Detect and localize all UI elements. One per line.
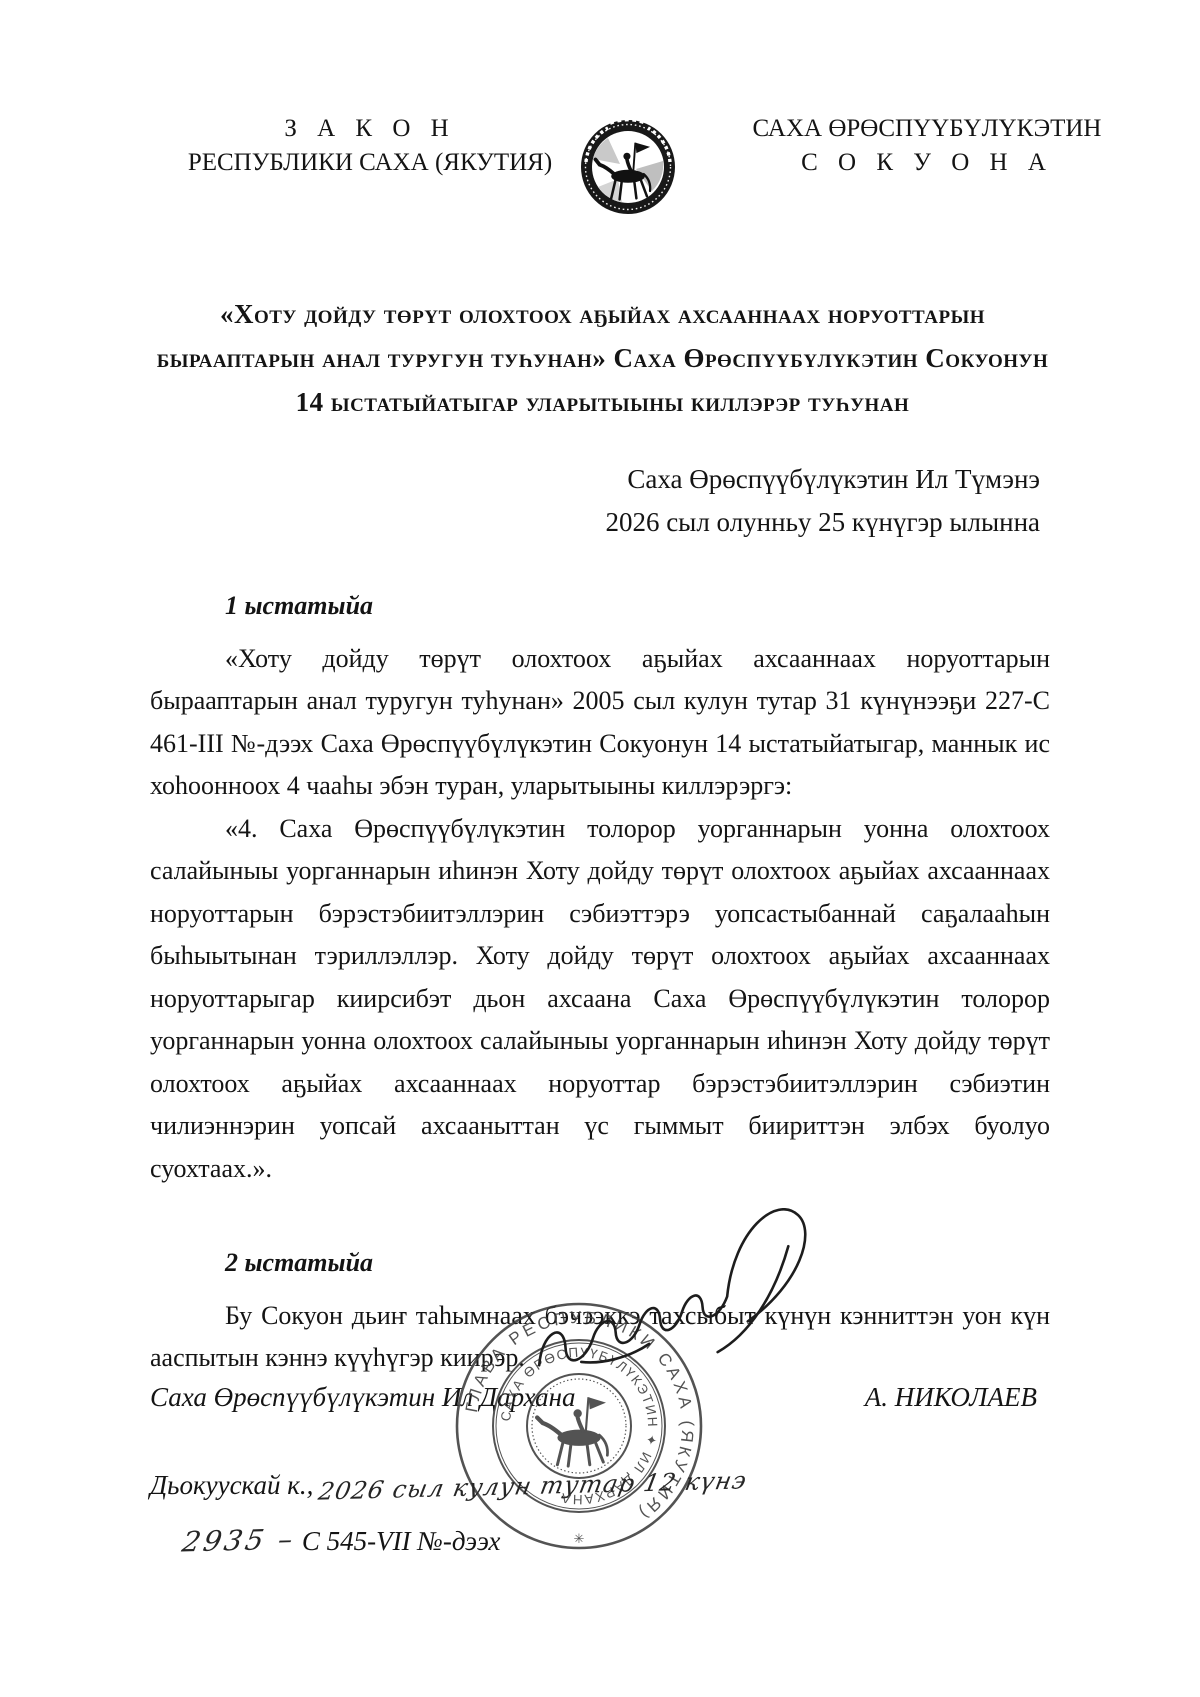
header-sakha-republic-line: САХА ӨРӨСПҮҮБҮЛҮКЭТИН	[712, 112, 1142, 146]
header-right-block: САХА ӨРӨСПҮҮБҮЛҮКЭТИН С О К У О Н А	[712, 112, 1142, 180]
article-1-heading: 1 ыстатыйа	[225, 585, 1050, 628]
adoption-body-line: Саха Өрөспүүбүлүкэтин Ил Түмэнэ	[605, 458, 1040, 501]
law-title-line-1: «Хоту дойду төрүт олохтоох аҕыйах ахсаан…	[150, 292, 1055, 336]
header-left-block: З А К О Н РЕСПУБЛИКИ САХА (ЯКУТИЯ)	[150, 112, 590, 180]
article-1-paragraph-2: «4. Саха Өрөспүүбүлүкэтин толорор уорган…	[150, 808, 1050, 1191]
signature-icon	[512, 1208, 892, 1383]
place-and-date-line: Дьокуускай к., 2026 сыл кулун тутар 12 к…	[150, 1470, 746, 1501]
article-1-paragraph-1: «Хоту дойду төрүт олохтоох аҕыйах ахсаан…	[150, 638, 1050, 808]
header-law-word: З А К О Н	[150, 112, 590, 146]
adoption-block: Саха Өрөспүүбүлүкэтин Ил Түмэнэ 2026 сыл…	[605, 458, 1040, 544]
header-sokuona-line: С О К У О Н А	[712, 146, 1142, 180]
signatory-name: А. НИКОЛАЕВ	[865, 1382, 1037, 1413]
stamp-bottom-mark: ✳	[574, 1531, 585, 1546]
law-title: «Хоту дойду төрүт олохтоох аҕыйах ахсаан…	[150, 292, 1055, 424]
law-title-line-2: бырааптарын анал туругун туһунан» Саха Ө…	[150, 336, 1055, 380]
adoption-date-line: 2026 сыл олунньу 25 күнүгэр ылынна	[605, 501, 1040, 544]
sakha-coat-of-arms-icon	[578, 112, 678, 222]
handwritten-number: 2935 –	[180, 1523, 299, 1559]
law-title-line-3: 14 ыстатыйатыгар уларытыыны киллэрэр туһ…	[150, 380, 1055, 424]
stamp-horseman-figure	[537, 1397, 607, 1466]
law-document-page: З А К О Н РЕСПУБЛИКИ САХА (ЯКУТИЯ)	[0, 0, 1200, 1697]
handwritten-date: 2026 сыл кулун тутар 12 күнэ	[316, 1466, 749, 1505]
document-header: З А К О Н РЕСПУБЛИКИ САХА (ЯКУТИЯ)	[0, 112, 1200, 222]
printed-number: С 545-VII №-дээх	[302, 1526, 500, 1556]
registration-number-line: 2935 – С 545-VII №-дээх	[183, 1524, 500, 1557]
header-republic-line: РЕСПУБЛИКИ САХА (ЯКУТИЯ)	[150, 146, 590, 180]
place-label: Дьокуускай к.,	[150, 1470, 313, 1500]
